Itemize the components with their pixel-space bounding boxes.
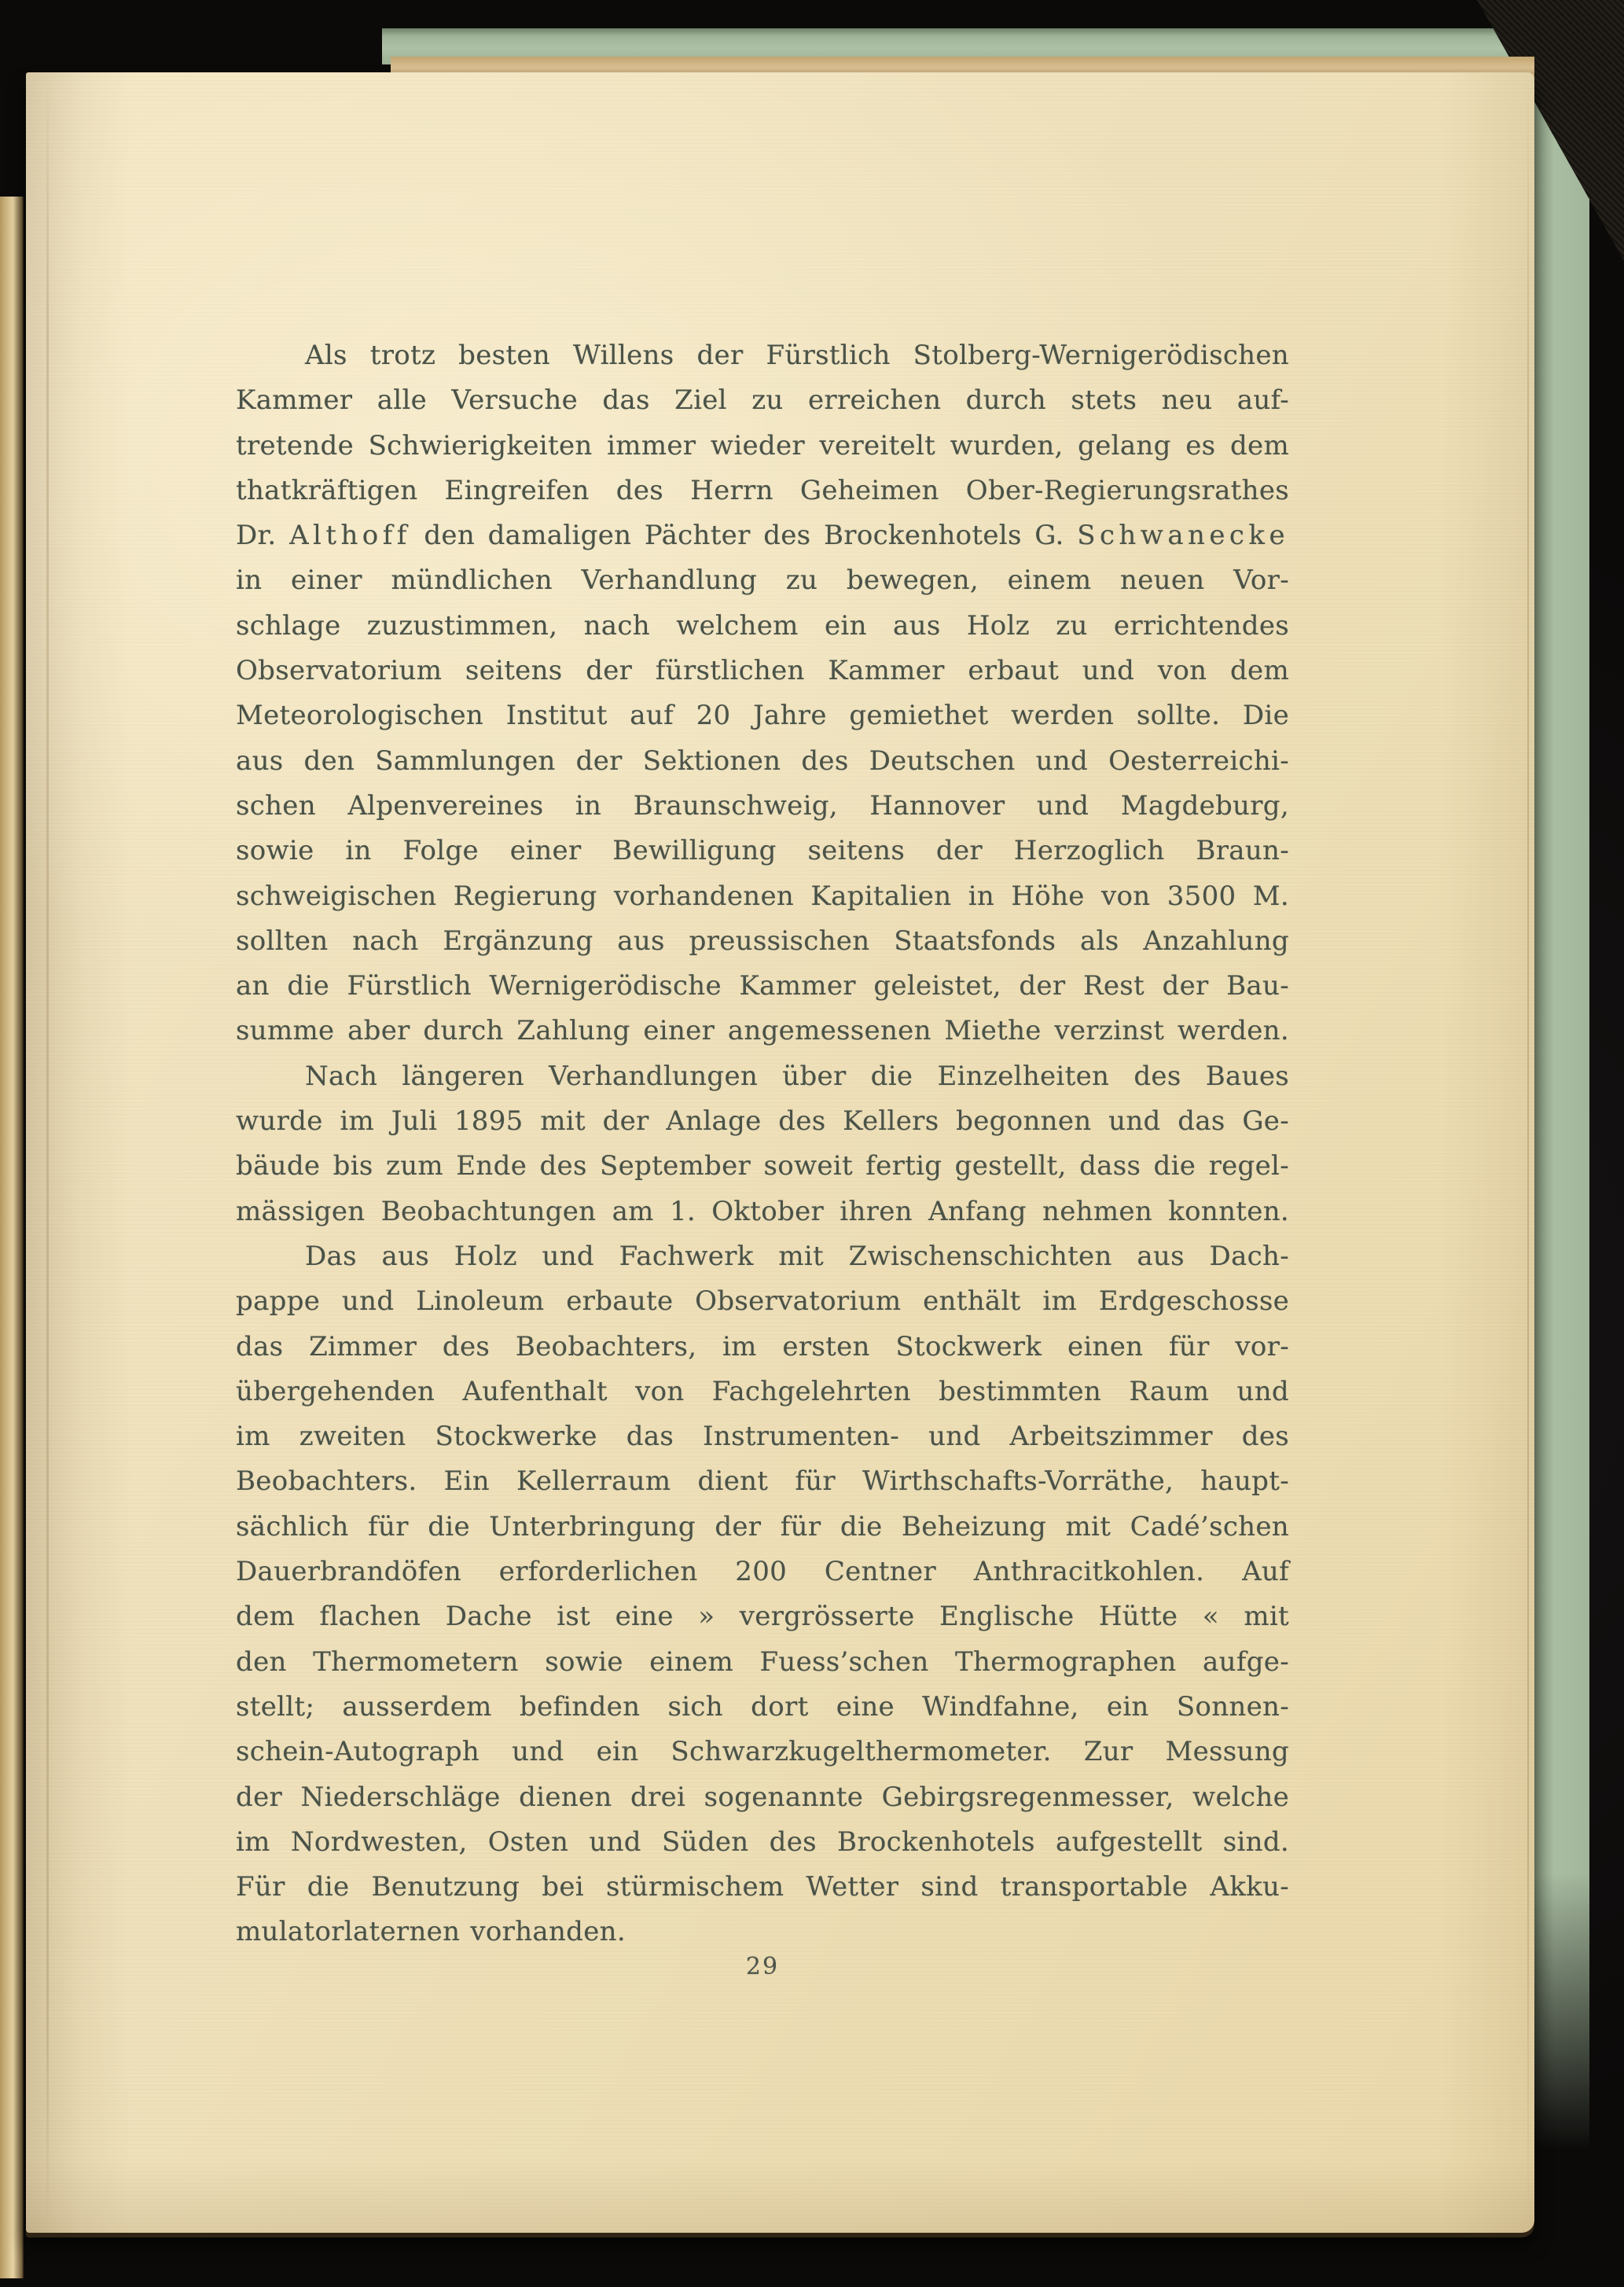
text-line: pappe und Linoleum erbaute Observatorium… [236, 1279, 1289, 1324]
text-line: Observatorium seitens der fürstlichen Ka… [236, 649, 1289, 693]
text-line: der Niederschläge dienen drei sogenannte… [236, 1775, 1289, 1820]
text-line: Als trotz besten Willens der Fürstlich S… [236, 333, 1289, 378]
text-line: schen Alpenvereines in Braunschweig, Han… [236, 784, 1289, 829]
book-page: Als trotz besten Willens der Fürstlich S… [26, 72, 1534, 2233]
text-line: schweigischen Regierung vorhandenen Kapi… [236, 874, 1289, 919]
text-line: dem flachen Dache ist eine » vergrössert… [236, 1594, 1289, 1639]
text-line: Dauerbrandöfen erforderlichen 200 Centne… [236, 1550, 1289, 1594]
text-segment: Dr. [236, 520, 289, 551]
text-line: Meteorologischen Institut auf 20 Jahre g… [236, 693, 1289, 738]
text-line: in einer mündlichen Verhandlung zu beweg… [236, 558, 1289, 603]
text-line: im zweiten Stockwerke das Instrumenten- … [236, 1414, 1289, 1459]
text-line: an die Fürstlich Wernigerödische Kammer … [236, 964, 1289, 1009]
text-line: im Nordwesten, Osten und Süden des Brock… [236, 1820, 1289, 1865]
book-cover-board-right [1533, 31, 1589, 2173]
text-line: Für die Benutzung bei stürmischem Wetter… [236, 1865, 1289, 1910]
text-line: Nach längeren Verhandlungen über die Ein… [236, 1054, 1289, 1099]
text-line: bäude bis zum Ende des September soweit … [236, 1144, 1289, 1189]
text-line: Beobachters. Ein Kellerraum dient für Wi… [236, 1459, 1289, 1504]
text-segment: den damaligen Pächter des Brockenhotels … [411, 520, 1077, 551]
text-line: summe aber durch Zahlung einer angemesse… [236, 1009, 1289, 1053]
book-scan-scene: Als trotz besten Willens der Fürstlich S… [0, 0, 1624, 2287]
text-line: thatkräftigen Eingreifen des Herrn Gehei… [236, 469, 1289, 513]
text-line: mulatorlaternen vorhanden. [236, 1910, 1289, 1954]
text-line: sächlich für die Unterbringung der für d… [236, 1505, 1289, 1550]
text-line: mässigen Beobachtungen am 1. Oktober ihr… [236, 1189, 1289, 1234]
paragraph-3: Das aus Holz und Fachwerk mit Zwischensc… [236, 1234, 1289, 1955]
page-number: 29 [236, 1953, 1289, 1980]
text-line: tretende Schwierigkeiten immer wieder ve… [236, 424, 1289, 469]
text-line: Kammer alle Versuche das Ziel zu erreich… [236, 378, 1289, 423]
facing-page-edge [0, 197, 24, 2278]
text-line: übergehenden Aufenthalt von Fachgelehrte… [236, 1370, 1289, 1414]
page-text-block: Als trotz besten Willens der Fürstlich S… [236, 333, 1289, 1955]
text-line: sollten nach Ergänzung aus preussischen … [236, 919, 1289, 964]
text-line: den Thermometern sowie einem Fuess’schen… [236, 1640, 1289, 1685]
text-line: Das aus Holz und Fachwerk mit Zwischensc… [236, 1234, 1289, 1279]
letterspaced-name: Althoff [289, 520, 411, 551]
letterspaced-name: Schwanecke [1077, 520, 1289, 551]
text-line: schein-Autograph und ein Schwarzkugelthe… [236, 1730, 1289, 1774]
text-line: Dr. Althoff den damaligen Pächter des Br… [236, 513, 1289, 558]
text-line: schlage zuzustimmen, nach welchem ein au… [236, 604, 1289, 649]
text-line: sowie in Folge einer Bewilligung seitens… [236, 829, 1289, 873]
paragraph-1: Als trotz besten Willens der Fürstlich S… [236, 333, 1289, 1054]
text-line: stellt; ausserdem befinden sich dort ein… [236, 1685, 1289, 1730]
paragraph-2: Nach längeren Verhandlungen über die Ein… [236, 1054, 1289, 1234]
text-line: aus den Sammlungen der Sektionen des Deu… [236, 739, 1289, 784]
text-line: wurde im Juli 1895 mit der Anlage des Ke… [236, 1099, 1289, 1144]
text-line: das Zimmer des Beobachters, im ersten St… [236, 1325, 1289, 1370]
